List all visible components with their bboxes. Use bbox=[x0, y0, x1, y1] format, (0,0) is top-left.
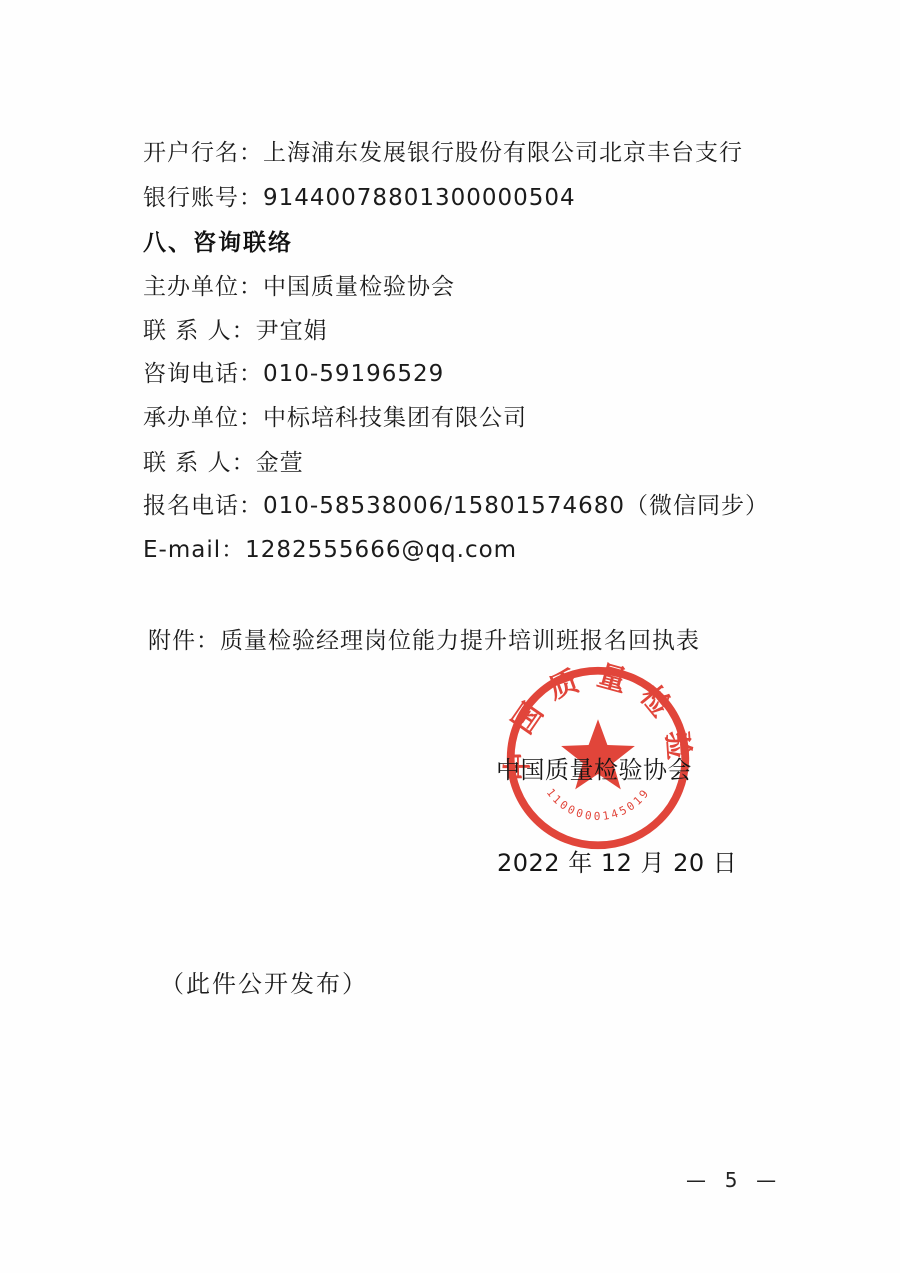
contact-value: 金萱 bbox=[256, 450, 304, 476]
bank-name-label: 开户行名： bbox=[143, 140, 263, 166]
bank-name-line: 开户行名：上海浦东发展银行股份有限公司北京丰台支行 bbox=[143, 134, 743, 167]
section-heading: 八、咨询联络 bbox=[143, 224, 293, 257]
attachment-line: 附件：质量检验经理岗位能力提升培训班报名回执表 bbox=[148, 622, 700, 655]
bank-name-value: 上海浦东发展银行股份有限公司北京丰台支行 bbox=[263, 140, 743, 166]
signature-org-name: 中国质量检验协会 bbox=[496, 750, 692, 785]
contact-label: 联 系 人： bbox=[143, 450, 256, 476]
contact-line-phone-1: 咨询电话：010-59196529 bbox=[143, 355, 444, 388]
contact-value: 1282555666@qq.com bbox=[245, 537, 517, 563]
contact-line-organizer: 主办单位：中国质量检验协会 bbox=[143, 268, 455, 301]
contact-line-person-1: 联 系 人：尹宜娟 bbox=[143, 312, 328, 345]
contact-value: 010-58538006/15801574680（微信同步） bbox=[263, 493, 769, 519]
contact-label: 报名电话： bbox=[143, 493, 263, 519]
page-number: — 5 — bbox=[686, 1168, 776, 1192]
seal-code-text-holder: 1100000145019 bbox=[544, 786, 653, 823]
contact-label: 咨询电话： bbox=[143, 361, 263, 387]
contact-label: E-mail： bbox=[143, 537, 245, 563]
contact-value: 尹宜娟 bbox=[256, 318, 328, 344]
contact-label: 联 系 人： bbox=[143, 318, 256, 344]
contact-label: 主办单位： bbox=[143, 274, 263, 300]
bank-account-line: 银行账号：91440078801300000504 bbox=[143, 179, 576, 212]
contact-value: 010-59196529 bbox=[263, 361, 444, 387]
contact-value: 中国质量检验协会 bbox=[263, 274, 455, 300]
bank-account-label: 银行账号： bbox=[143, 185, 263, 211]
contact-line-phone-2: 报名电话：010-58538006/15801574680（微信同步） bbox=[143, 487, 769, 520]
document-page: 开户行名：上海浦东发展银行股份有限公司北京丰台支行 银行账号：914400788… bbox=[0, 0, 900, 1273]
contact-value: 中标培科技集团有限公司 bbox=[263, 405, 527, 431]
seal-code-text: 1100000145019 bbox=[544, 786, 653, 823]
signature-date: 2022 年 12 月 20 日 bbox=[497, 843, 737, 878]
contact-line-email: E-mail：1282555666@qq.com bbox=[143, 531, 517, 564]
contact-label: 承办单位： bbox=[143, 405, 263, 431]
bank-account-value: 91440078801300000504 bbox=[263, 185, 576, 211]
contact-line-person-2: 联 系 人：金萱 bbox=[143, 444, 304, 477]
contact-line-undertaker: 承办单位：中标培科技集团有限公司 bbox=[143, 399, 527, 432]
public-release-note: （此件公开发布） bbox=[160, 964, 368, 999]
